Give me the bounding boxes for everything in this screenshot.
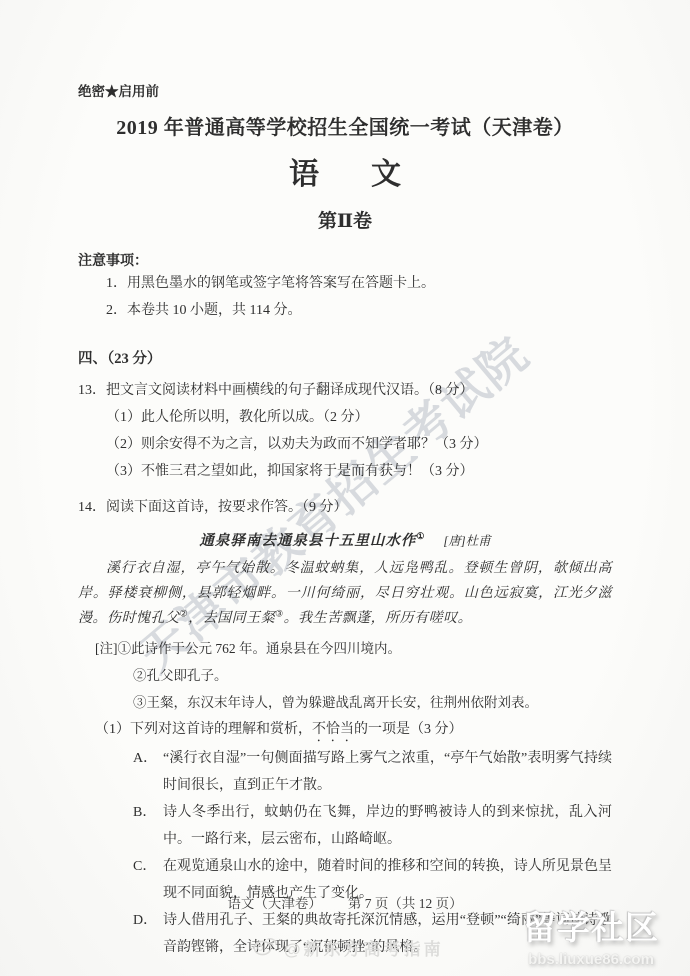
question-13-stem: 13．把文言文阅读材料中画横线的句子翻译成现代汉语。（8 分） — [78, 377, 612, 404]
notice-item: 1．用黑色墨水的钢笔或签字笔将答案写在答题卡上。 — [78, 270, 612, 297]
question-13-sub-3: （3）不惟三君之望如此，抑国家将于是而有获与！（3 分） — [78, 458, 612, 485]
option-b-text: 诗人冬季出行，蚊蚋仍在飞舞，岸边的野鸭被诗人的到来惊扰，乱入河中。一路行来，层云… — [163, 799, 612, 853]
poem-author: [唐]杜甫 — [443, 534, 490, 548]
sub-stem-post: 的一项是（3 分） — [354, 722, 463, 737]
poem-body: 溪行衣自湿，亭午气始散。冬温蚊蚋集，人远凫鸭乱。登顿生曾阴，欹倾出高岸。驿楼衰柳… — [78, 556, 612, 631]
footer-page-number: 第 7 页（共 12 页） — [348, 896, 463, 911]
option-a-text: “溪行衣自湿”一句侧面描写路上雾气之浓重，“亭午气始散”表明雾气持续时间很长，直… — [163, 745, 612, 799]
weibo-watermark: @新东方高考指南 — [252, 933, 444, 962]
liuxue-community-watermark: 留学社区 bbs.liuxue86.com — [496, 902, 686, 968]
poem-title-text: 通泉驿南去通泉县十五里山水作 — [199, 533, 416, 549]
notice-item: 2．本卷共 10 小题，共 114 分。 — [78, 297, 612, 324]
poem-segment: ，去国同王粲 — [188, 611, 275, 626]
option-a: A． “溪行衣自湿”一句侧面描写路上雾气之浓重，“亭午气始散”表明雾气持续时间很… — [133, 745, 612, 799]
poem-note-2: ②孔父即孔子。 — [133, 662, 612, 689]
weibo-account-text: @新东方高考指南 — [284, 935, 444, 960]
liuxue-community-url: bbs.liuxue86.com — [496, 951, 686, 968]
poem-segment: 。我生苦飘蓬，所历有嗟叹。 — [284, 611, 473, 626]
option-d-label: D． — [133, 907, 163, 961]
poem-note-1: [注]①此诗作于公元 762 年。通泉县在今四川境内。 — [95, 635, 612, 662]
classification-label: 绝密★启用前 — [78, 80, 612, 100]
sub-stem-emphasized: 不恰当 — [312, 722, 354, 737]
page-content: 绝密★启用前 2019 年普通高等学校招生全国统一考试（天津卷） 语文 第Ⅱ卷 … — [78, 80, 612, 961]
subject-char-1: 语 — [289, 158, 319, 191]
question-14-stem: 14．阅读下面这首诗，按要求作答。（9 分） — [78, 494, 612, 521]
poem-footnote-marker-2: ② — [180, 608, 189, 618]
liuxue-community-name: 留学社区 — [496, 902, 686, 949]
option-b-label: B． — [133, 799, 163, 853]
poem-note-3: ③王粲，东汉末年诗人，曾为躲避战乱离开长安，往荆州依附刘表。 — [133, 689, 612, 716]
question-13-sub-2: （2）则余安得不为之言，以劝夫为政而不知学者耶？（3 分） — [78, 431, 612, 458]
weibo-icon — [252, 933, 284, 962]
poem-footnote-marker-3: ③ — [275, 608, 284, 618]
subject-title: 语文 — [78, 149, 612, 193]
notices-heading: 注意事项： — [78, 250, 612, 270]
volume-title: 第Ⅱ卷 — [78, 206, 612, 233]
option-b: B． 诗人冬季出行，蚊蚋仍在飞舞，岸边的野鸭被诗人的到来惊扰，乱入河中。一路行来… — [133, 799, 612, 853]
exam-title: 2019 年普通高等学校招生全国统一考试（天津卷） — [78, 111, 612, 140]
poem-title: 通泉驿南去通泉县十五里山水作①[唐]杜甫 — [78, 529, 612, 550]
subject-char-2: 文 — [371, 158, 401, 191]
exam-paper-page: 天津市教育招生考试院 绝密★启用前 2019 年普通高等学校招生全国统一考试（天… — [0, 0, 690, 976]
footer-subject: 语文（天津卷） — [227, 896, 322, 911]
section-4-heading: 四、（23 分） — [78, 347, 612, 368]
question-14-sub-1-stem: （1）下列对这首诗的理解和赏析，不恰当的一项是（3 分） — [95, 716, 612, 745]
sub-stem-pre: （1）下列对这首诗的理解和赏析， — [95, 722, 312, 737]
option-a-label: A． — [133, 745, 163, 799]
question-13-sub-1: （1）此人伦所以明，教化所以成。（2 分） — [78, 404, 612, 431]
poem-title-footnote-marker: ① — [416, 531, 425, 541]
